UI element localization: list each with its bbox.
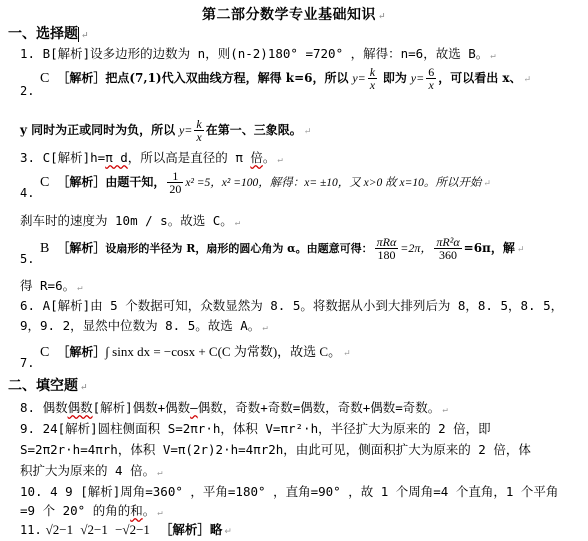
answer-item-10: 10. 4 9 [解析]周角=360° ，平角=180° ，直角=90° ，故 …: [20, 484, 558, 500]
fraction-6-over-x: 6x: [426, 66, 436, 91]
document-title: 第二部分数学专业基础知识↵: [0, 4, 588, 24]
answer-item-8: 8. 偶数偶数[解析]偶数+偶数—偶数，奇数+奇数=偶数，奇数+偶数=奇数。↵: [20, 400, 448, 418]
spellcheck-underline: π d: [105, 150, 128, 165]
spellcheck-underline: —: [190, 400, 198, 415]
answer-item-3: 3. C[解析]h=π d，所以高是直径的 π 倍。↵: [20, 150, 283, 168]
answer-item-5: B［解析］设扇形的半径为 R，扇形的圆心角为 α。由题意可得：πRα180=2π…: [40, 236, 524, 261]
fraction-k-over-x: kx: [368, 66, 377, 91]
answer-item-7-number: 7.: [20, 356, 34, 370]
section-heading-multiple-choice: 一、选择题↵: [8, 26, 89, 44]
answer-item-6-continued: 9，9. 2，显然中位数为 8. 5。故选 A。↵: [20, 318, 268, 336]
answer-item-2-continued: y 同时为正或同时为负，所以 y=kx在第一、三象限。↵: [20, 118, 311, 143]
answer-item-9-continued-2: 积扩大为原来的 4 倍。↵: [20, 463, 163, 481]
answer-item-5-number: 5.: [20, 252, 34, 266]
fraction-1-over-20: 120: [167, 170, 183, 195]
spellcheck-underline: 偶数: [68, 400, 93, 415]
section-heading-fill-in-blank: 二、填空题↵: [8, 378, 88, 396]
answer-item-11: 11. √2−1 √2−1 −√2−1 ［解析］略↵: [20, 522, 232, 540]
answer-item-6: 6. A[解析]由 5 个数据可知，众数显然为 8. 5。将数据从小到大排列后为…: [20, 298, 563, 314]
answer-item-7: C［解析］∫ sinx dx = −cosx + C(C 为常数)，故选 C。↵: [40, 344, 351, 362]
answer-item-2-number: 2.: [20, 84, 34, 98]
fraction-k-over-x: kx: [194, 118, 203, 143]
answer-item-4-continued: 刹车时的速度为 10m / s。故选 C。↵: [20, 213, 240, 231]
fraction-arc-length: πRα180: [375, 236, 399, 261]
answer-item-9-continued: S=2π2r·h=4πrh，体积 V=π(2r)2·h=4πr2h，由此可见，侧…: [20, 442, 531, 458]
answer-item-2: C［解析］把点(7,1)代入双曲线方程，解得 k=6，所以 y=kx 即为 y=…: [40, 66, 531, 91]
answer-item-5-continued: 得 R=6。↵: [20, 278, 83, 296]
spellcheck-underline: 倍: [250, 150, 263, 165]
answer-item-1: 1. B[解析]设多边形的边数为 n，则(n-2)180° =720° ，解得：…: [20, 46, 496, 64]
spellcheck-underline: 和: [130, 503, 143, 518]
answer-item-9: 9. 24[解析]圆柱侧面积 S=2πr·h，体积 V=πr²·h，半径扩大为原…: [20, 421, 491, 437]
document-page: 第二部分数学专业基础知识↵ 一、选择题↵ 1. B[解析]设多边形的边数为 n，…: [0, 0, 588, 541]
paragraph-mark: ↵: [378, 12, 386, 22]
answer-item-4: C［解析］由题干知，120x² =5，x² =100，解得：x= ±10，又 x…: [40, 170, 491, 195]
text-cursor: [78, 27, 79, 42]
fraction-sector-area: πR²α360: [434, 236, 461, 261]
answer-item-10-continued: =9 个 20° 的角的和。↵: [20, 503, 163, 521]
answer-item-4-number: 4.: [20, 186, 34, 200]
